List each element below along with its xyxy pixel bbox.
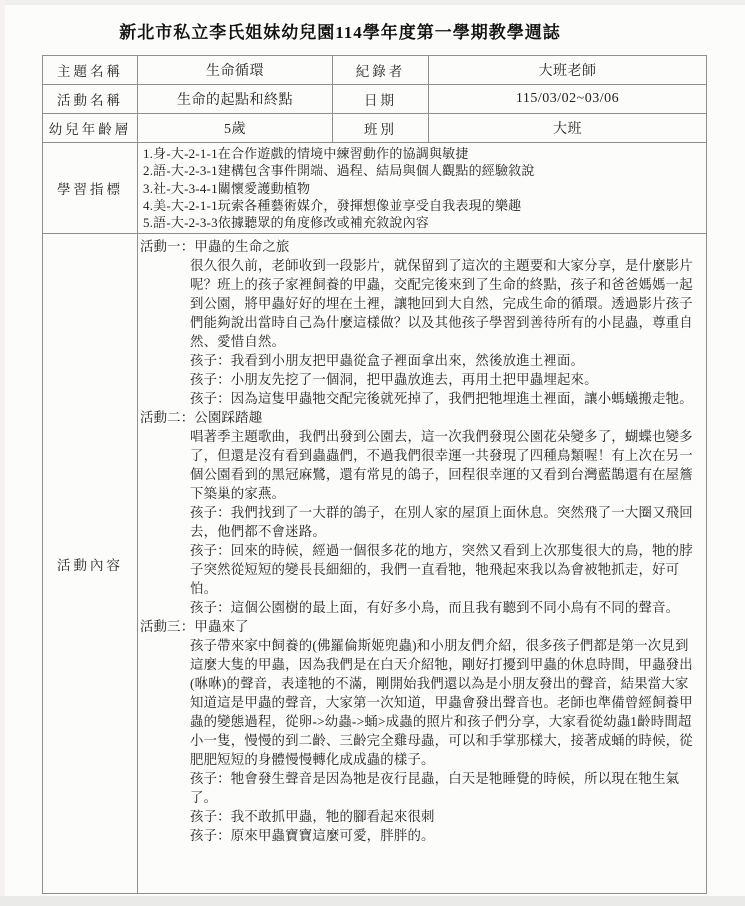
- label-age-group: 幼兒年齡層: [43, 114, 138, 143]
- activity-paragraph: 孩子：我看到小朋友把甲蟲從盒子裡面拿出來，然後放進土裡面。: [190, 351, 700, 370]
- learning-indicator-item: 3.社-大-3-4-1關懷愛護動植物: [143, 180, 702, 197]
- activity-paragraph: 孩子：我不敢抓甲蟲，牠的腳看起來很刺: [190, 807, 700, 826]
- activity-content-cell: 活動一：甲蟲的生命之旅 很久很久前，老師收到一段影片，就保留到了這次的主題要和大…: [138, 234, 707, 894]
- value-class: 大班: [429, 114, 707, 143]
- activity-paragraph: 唱著季主題歌曲，我們出發到公園去，這一次我們發現公園花朵變多了，蝴蝶也變多了，但…: [190, 427, 700, 503]
- activity-heading: 活動一：甲蟲的生命之旅: [140, 237, 700, 256]
- activity-paragraph: 孩子：我們找到了一大群的鴿子，在別人家的屋頂上面休息。突然飛了一大圈又飛回去，他…: [190, 503, 700, 541]
- activity-block-1: 活動一：甲蟲的生命之旅 很久很久前，老師收到一段影片，就保留到了這次的主題要和大…: [140, 237, 700, 408]
- learning-indicators-cell: 1.身-大-2-1-1在合作遊戲的情境中練習動作的協調與敏捷 2.語-大-2-3…: [138, 143, 707, 234]
- value-recorder: 大班老師: [429, 56, 707, 85]
- activity-heading: 活動二：公園踩踏趣: [140, 408, 700, 427]
- activity-block-3: 活動三：甲蟲來了 孩子帶來家中飼養的(佛羅倫斯姬兜蟲)和小朋友們介紹，很多孩子們…: [140, 617, 700, 845]
- activity-paragraph: 孩子：小朋友先挖了一個洞，把甲蟲放進去，再用土把甲蟲埋起來。: [190, 370, 700, 389]
- label-activity-content: 活動內容: [43, 234, 138, 894]
- activity-paragraph: 孩子：這個公園樹的最上面，有好多小鳥，而且我有聽到不同小鳥有不同的聲音。: [190, 598, 700, 617]
- label-class: 班別: [333, 114, 429, 143]
- scanned-document-page: 新北市私立李氏姐妹幼兒園114學年度第一學期教學週誌 主題名稱 生命循環 紀錄者…: [0, 0, 745, 906]
- table-row-age-class: 幼兒年齡層 5歲 班別 大班: [43, 114, 707, 143]
- learning-indicator-item: 2.語-大-2-3-1建構包含事件開端、過程、結局與個人觀點的經驗敘說: [143, 162, 702, 179]
- activity-paragraph: 孩子：原來甲蟲寶寶這麼可愛，胖胖的。: [190, 826, 700, 845]
- weekly-journal-table: 主題名稱 生命循環 紀錄者 大班老師 活動名稱 生命的起點和終點 日期 115/…: [42, 55, 707, 894]
- table-row-topic: 主題名稱 生命循環 紀錄者 大班老師: [43, 56, 707, 85]
- value-age-group: 5歲: [138, 114, 333, 143]
- activity-paragraph: 孩子：因為這隻甲蟲牠交配完後就死掉了，我們把牠埋進土裡面，讓小螞蟻搬走牠。: [190, 389, 700, 408]
- value-date: 115/03/02~03/06: [429, 85, 707, 114]
- activity-paragraph: 孩子：回來的時候，經過一個很多花的地方，突然又看到上次那隻很大的鳥，牠的脖子突然…: [190, 541, 700, 598]
- table-row-activity-content: 活動內容 活動一：甲蟲的生命之旅 很久很久前，老師收到一段影片，就保留到了這次的…: [43, 234, 707, 894]
- activity-paragraph: 孩子：牠會發生聲音是因為牠是夜行昆蟲，白天是牠睡覺的時候，所以現在牠生氣了。: [190, 769, 700, 807]
- scan-edge-top: [0, 0, 745, 5]
- scan-edge-left: [0, 0, 5, 906]
- table-row-learning-indicators: 學習指標 1.身-大-2-1-1在合作遊戲的情境中練習動作的協調與敏捷 2.語-…: [43, 143, 707, 234]
- label-recorder: 紀錄者: [333, 56, 429, 85]
- label-topic-name: 主題名稱: [43, 56, 138, 85]
- label-learning-indicators: 學習指標: [43, 143, 138, 234]
- learning-indicator-item: 5.語-大-2-3-3依據聽眾的角度修改或補充敘說內容: [143, 214, 702, 231]
- value-topic-name: 生命循環: [138, 56, 333, 85]
- scan-edge-bottom: [0, 896, 745, 906]
- activity-block-2: 活動二：公園踩踏趣 唱著季主題歌曲，我們出發到公園去，這一次我們發現公園花朵變多…: [140, 408, 700, 617]
- activity-heading: 活動三：甲蟲來了: [140, 617, 700, 636]
- learning-indicator-item: 4.美-大-2-1-1玩索各種藝術媒介，發揮想像並享受自我表現的樂趣: [143, 197, 702, 214]
- learning-indicator-item: 1.身-大-2-1-1在合作遊戲的情境中練習動作的協調與敏捷: [143, 145, 702, 162]
- label-activity-name: 活動名稱: [43, 85, 138, 114]
- page-title: 新北市私立李氏姐妹幼兒園114學年度第一學期教學週誌: [0, 18, 680, 43]
- activity-paragraph: 孩子帶來家中飼養的(佛羅倫斯姬兜蟲)和小朋友們介紹，很多孩子們都是第一次見到這麼…: [190, 636, 700, 769]
- activity-paragraph: 很久很久前，老師收到一段影片，就保留到了這次的主題要和大家分享，是什麼影片呢？班…: [190, 256, 700, 351]
- label-date: 日期: [333, 85, 429, 114]
- value-activity-name: 生命的起點和終點: [138, 85, 333, 114]
- table-row-activity-name: 活動名稱 生命的起點和終點 日期 115/03/02~03/06: [43, 85, 707, 114]
